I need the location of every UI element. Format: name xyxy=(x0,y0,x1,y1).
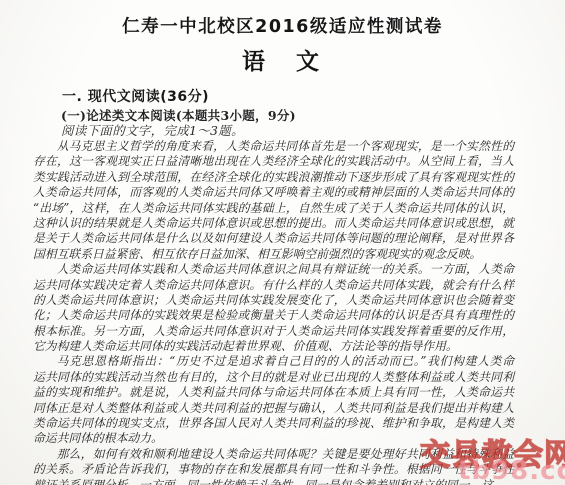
passage-line: 的关系。矛盾论告诉我们，事物的存在和发展都具有同一性和斗争性。根据同一性与斗争性 xyxy=(33,462,514,477)
passage-line: 根本标准。另一方面，人类命运共同体意识对于人类命运共同体实践发挥着重要的反作用， xyxy=(33,324,514,339)
passage-line: 那么，如何有效和顺利地建设人类命运共同体呢？关键是要处理好共同利益和特殊利益 xyxy=(33,447,514,462)
exam-page: 仁寿一中北校区2016级适应性测试卷 语 文 一. 现代文阅读(36分) (一)… xyxy=(0,0,565,485)
body-paragraph: 人类命运共同体实践和人类命运共同体意识之间具有辩证统一的关系。一方面，人类命运共… xyxy=(33,262,514,354)
body-paragraph: 从马克思主义哲学的角度来看，人类命运共同体首先是一个客观现实，是一个实然性的存在… xyxy=(33,139,514,262)
passage-line: 运共同体的实践活动当然也有目的，这个目的就是对业已出现的人类整体利益或人类共同利 xyxy=(33,370,514,385)
body-paragraph: 马克思恩格斯指出：“历史不过是追求着自己目的的人的活动而已。”我们构建人类命运共… xyxy=(33,354,514,446)
passage-line: 的人类命运共同体意识；人类命运共同体实践发展变化了，人类命运共同体意识也会随着变 xyxy=(33,293,514,308)
passage-line: “出场”，这样，在人类命运共同体实践的基础上，自然生成了关于人类命运共同体的认识… xyxy=(33,201,514,216)
passage-line: 同体正是对人类整体利益或人类共同利益的把握与确认，人类共同利益是我们提出并构建人 xyxy=(33,401,514,416)
passage-line: 类实践活动进入到全球范围，在经济全球化的实践浪潮推动下逐步形成了具有客观现实性的 xyxy=(33,170,514,185)
subject-title: 语 文 xyxy=(0,43,565,76)
passage-line: 人类命运共同体实践和人类命运共同体意识之间具有辩证统一的关系。一方面，人类命 xyxy=(33,262,514,277)
passage-line: 存在，这一客观现实正日益清晰地出现在人类经济全球化的实践活动中。从空间上看，当人 xyxy=(33,154,514,169)
passage-line: 人类命运共同体，而客观的人类命运共同体又呼唤着主观的或精神层面的人类命运共同体的 xyxy=(33,185,514,200)
section-heading: 一. 现代文阅读(36分) xyxy=(62,86,209,106)
passage-line: 国相互联系日益紧密、相互依存日益加深、相互影响空前强烈的客观现实的观念反映。 xyxy=(33,247,514,262)
passage-line: 命运共同体的根本动力。 xyxy=(33,431,514,446)
passage-line: 运共同体实践决定着人类命运共同体意识。有什么样的人类命运共同体实践，就会有什么样 xyxy=(33,278,514,293)
passage-line: 是关于人类命运共同体是什么以及如何建设人类命运共同体等问题的理论阐释，是对世界各 xyxy=(33,231,514,246)
reading-instruction: 阅读下面的文字，完成1～3题。 xyxy=(61,121,244,139)
passage-line: 辩证关系原理分析，一方面，同一性依赖于斗争性，同一是包含着差别和对立的同一，这 xyxy=(33,478,514,485)
passage-line: 化；人类命运共同体的实践效果是检验或衡量关于人类命运共同体的认识是否具有真理性的 xyxy=(33,308,514,323)
body-paragraph: 那么，如何有效和顺利地建设人类命运共同体呢？关键是要处理好共同利益和特殊利益的关… xyxy=(33,447,514,485)
exam-title: 仁寿一中北校区2016级适应性测试卷 xyxy=(0,13,565,38)
passage-line: 它为构建人类命运共同体的实践活动起着世界观、价值观、方法论等的指导作用。 xyxy=(33,339,514,354)
passage-line: 从马克思主义哲学的角度来看，人类命运共同体首先是一个客观现实，是一个实然性的 xyxy=(33,139,514,154)
passage-line: 益的实现和维护。就是说，人类利益共同体与命运共同体在本质上具有同一性，人类命运共 xyxy=(33,385,514,400)
passage-line: 类命运共同体的现实支点，世界各国人民对人类共同利益的珍视、维护和争取，是构建人类 xyxy=(33,416,514,431)
passage-line: 这种认识的结果就是人类命运共同体意识或思想的提出。而人类命运共同体意识或思想，就 xyxy=(33,216,514,231)
passage-line: 马克思恩格斯指出：“历史不过是追求着自己目的的人的活动而已。”我们构建人类命 xyxy=(33,354,514,369)
reading-passage: 从马克思主义哲学的角度来看，人类命运共同体首先是一个客观现实，是一个实然性的存在… xyxy=(33,139,514,485)
